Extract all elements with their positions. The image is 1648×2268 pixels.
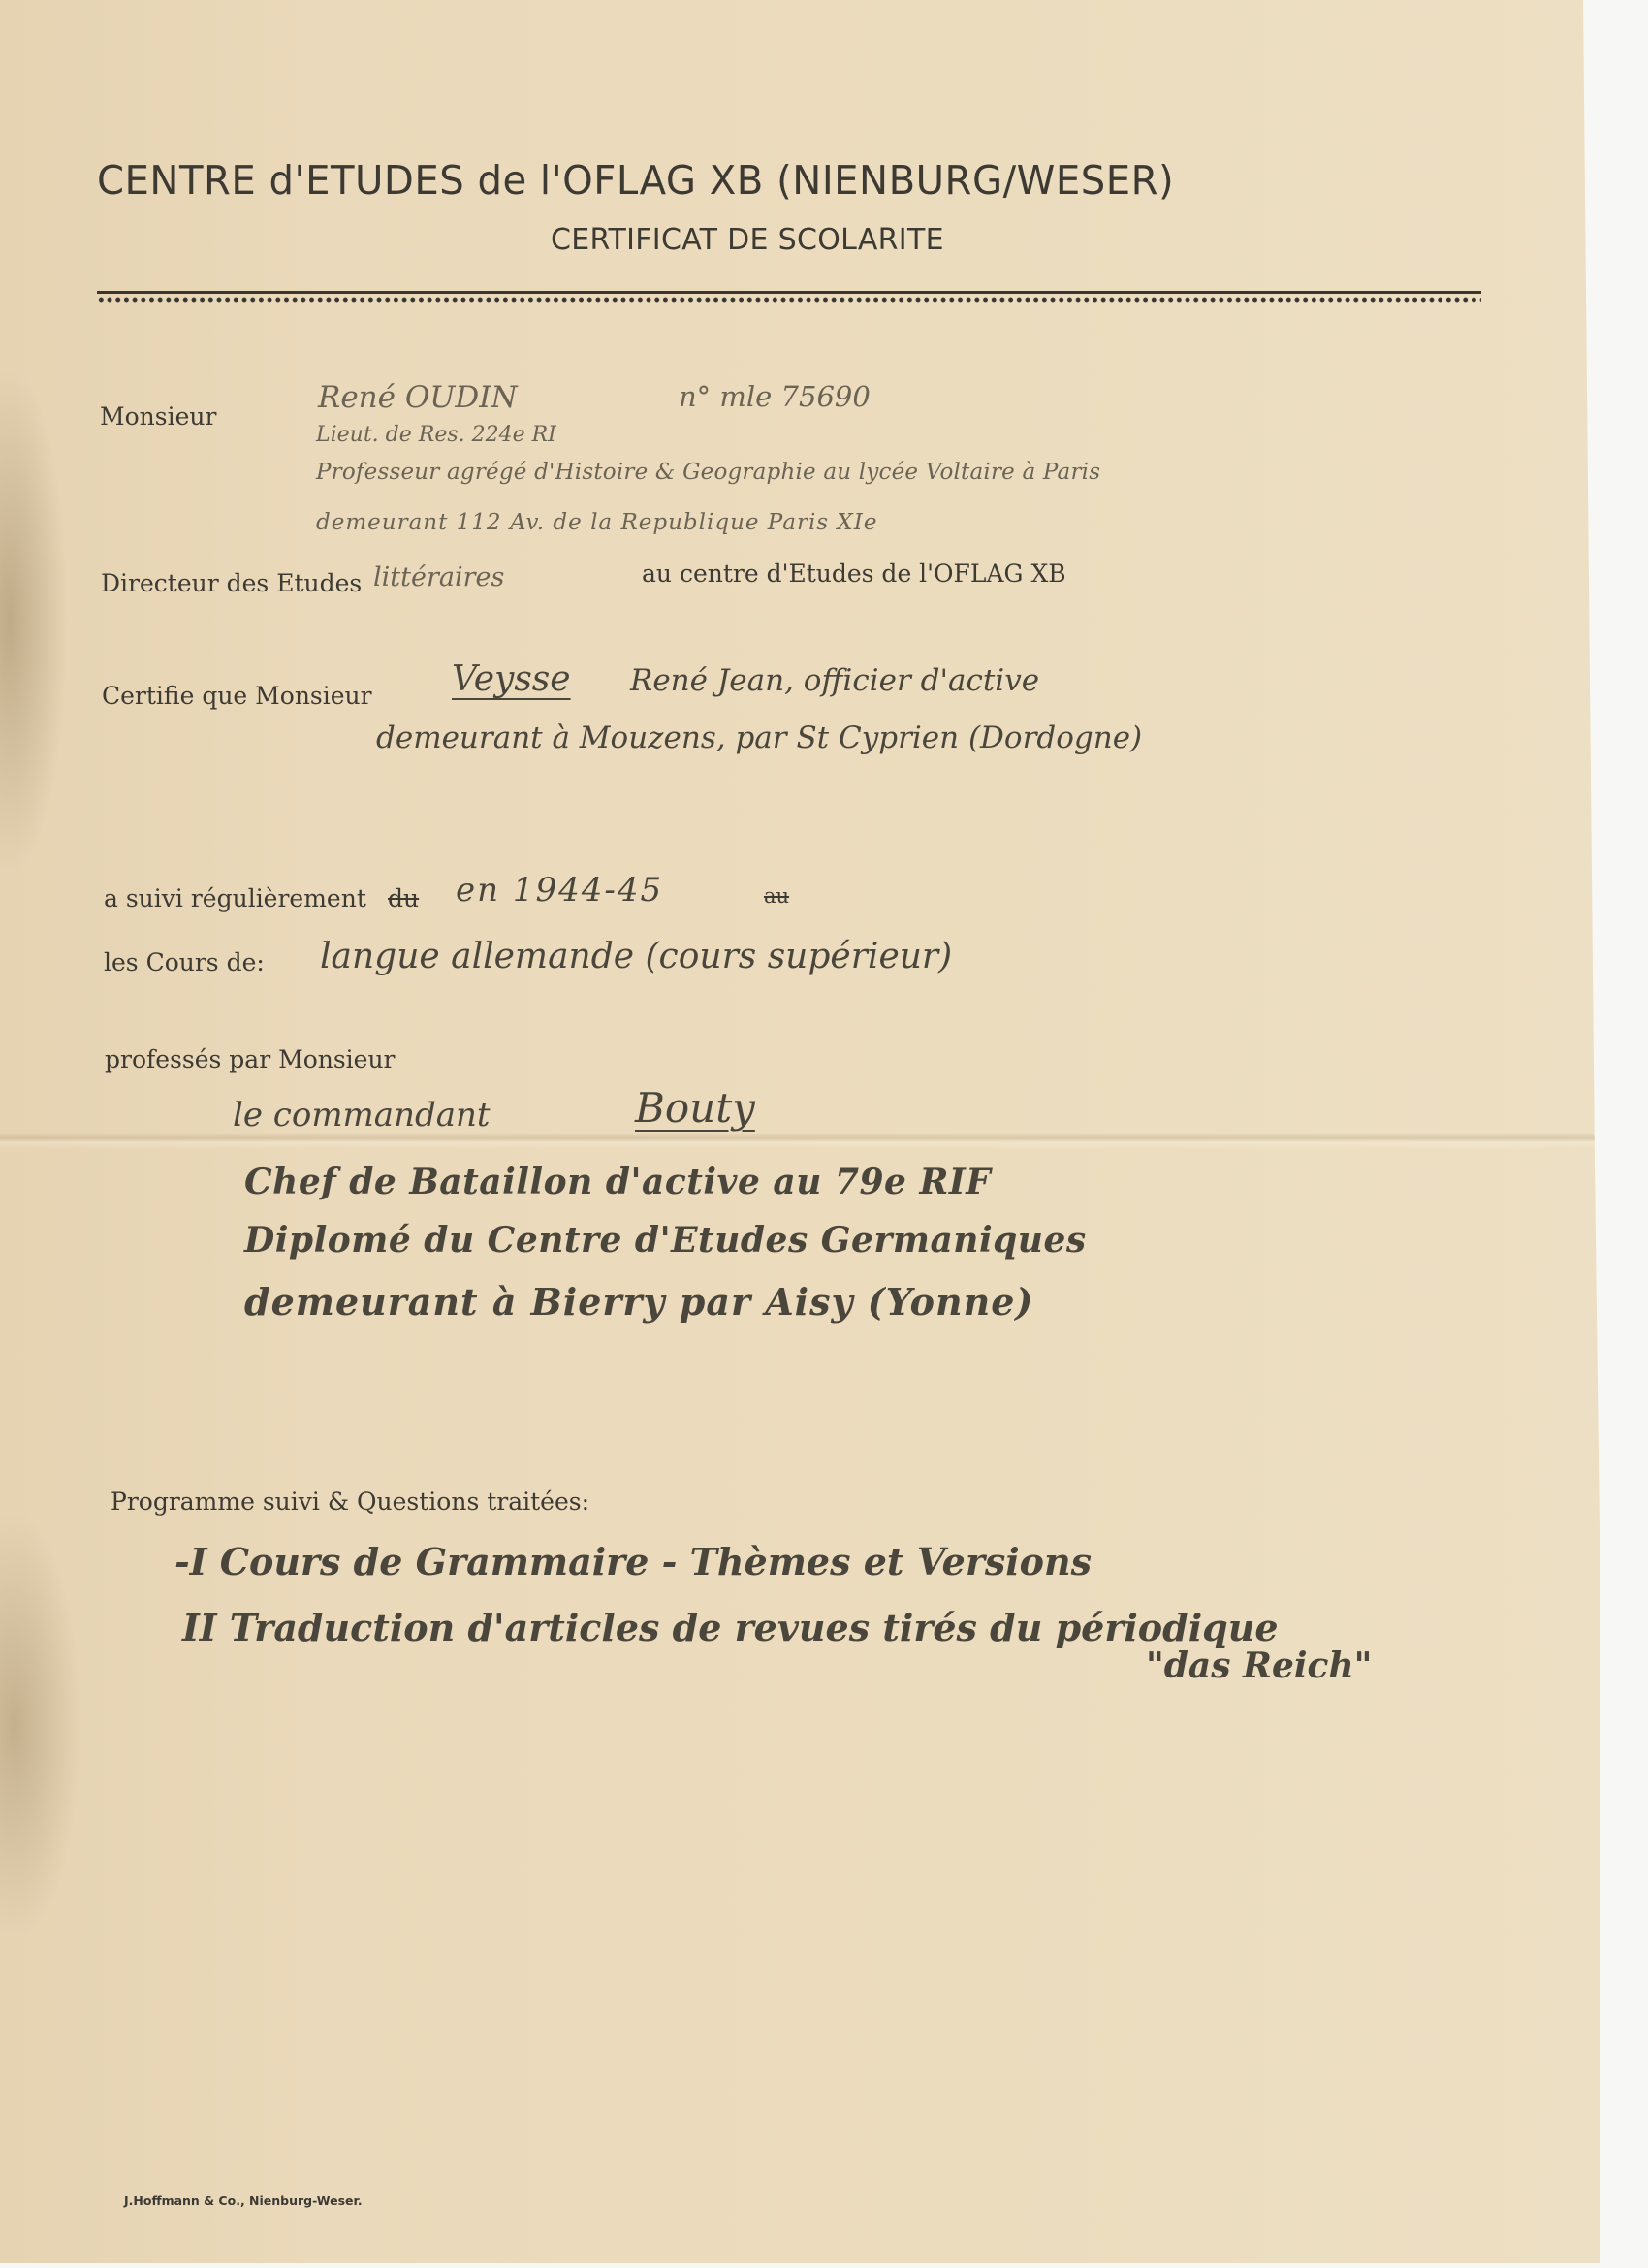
director-matricule: n° mle 75690 — [679, 380, 871, 413]
attendance-label: a suivi régulièrement — [104, 884, 366, 912]
student-address: demeurant à Mouzens, par St Cyprien (Dor… — [376, 720, 1142, 755]
course-label: les Cours de: — [104, 948, 265, 976]
programme-label: Programme suivi & Questions traitées: — [111, 1487, 589, 1516]
header-dotted-rule — [97, 297, 1481, 303]
programme-item-2: II Traduction d'articles de revues tirés… — [182, 1606, 1279, 1649]
programme-item-3: "das Reich" — [1146, 1645, 1372, 1686]
student-surname: Veysse — [452, 659, 571, 699]
director-title-label: Directeur des Etudes — [101, 569, 362, 597]
student-details: René Jean, officier d'active — [630, 663, 1039, 698]
teacher-label: professés par Monsieur — [105, 1045, 396, 1073]
programme-item-1: -I Cours de Grammaire - Thèmes et Versio… — [174, 1540, 1092, 1583]
director-profession: Professeur agrégé d'Histoire & Geographi… — [316, 460, 1100, 485]
document-title: CENTRE d'ETUDES de l'OFLAG XB (NIENBURG/… — [97, 157, 1174, 204]
teacher-diploma: Diplomé du Centre d'Etudes Germaniques — [244, 1220, 1087, 1261]
director-title-suffix: au centre d'Etudes de l'OFLAG XB — [642, 559, 1066, 588]
director-rank: Lieut. de Res. 224e RI — [316, 423, 556, 447]
attendance-period: en 1944-45 — [456, 871, 663, 910]
teacher-prefix: le commandant — [233, 1096, 491, 1134]
course-value: langue allemande (cours supérieur) — [320, 937, 952, 976]
teacher-name: Bouty — [635, 1084, 755, 1132]
teacher-address: demeurant à Bierry par Aisy (Yonne) — [244, 1280, 1033, 1324]
header-rule — [97, 291, 1481, 294]
director-label: Monsieur — [100, 402, 216, 431]
document-subtitle: CERTIFICAT DE SCOLARITE — [551, 223, 944, 257]
attendance-struck-au: au — [764, 884, 789, 908]
director-address: demeurant 112 Av. de la Republique Paris… — [316, 510, 878, 535]
attendance-struck-du: du — [388, 884, 419, 912]
director-field: littéraires — [373, 562, 504, 592]
printer-imprint: J.Hoffmann & Co., Nienburg-Weser. — [124, 2193, 363, 2208]
director-name: René OUDIN — [318, 380, 518, 415]
student-label: Certifie que Monsieur — [102, 682, 372, 710]
teacher-rank: Chef de Bataillon d'active au 79e RIF — [244, 1162, 991, 1202]
